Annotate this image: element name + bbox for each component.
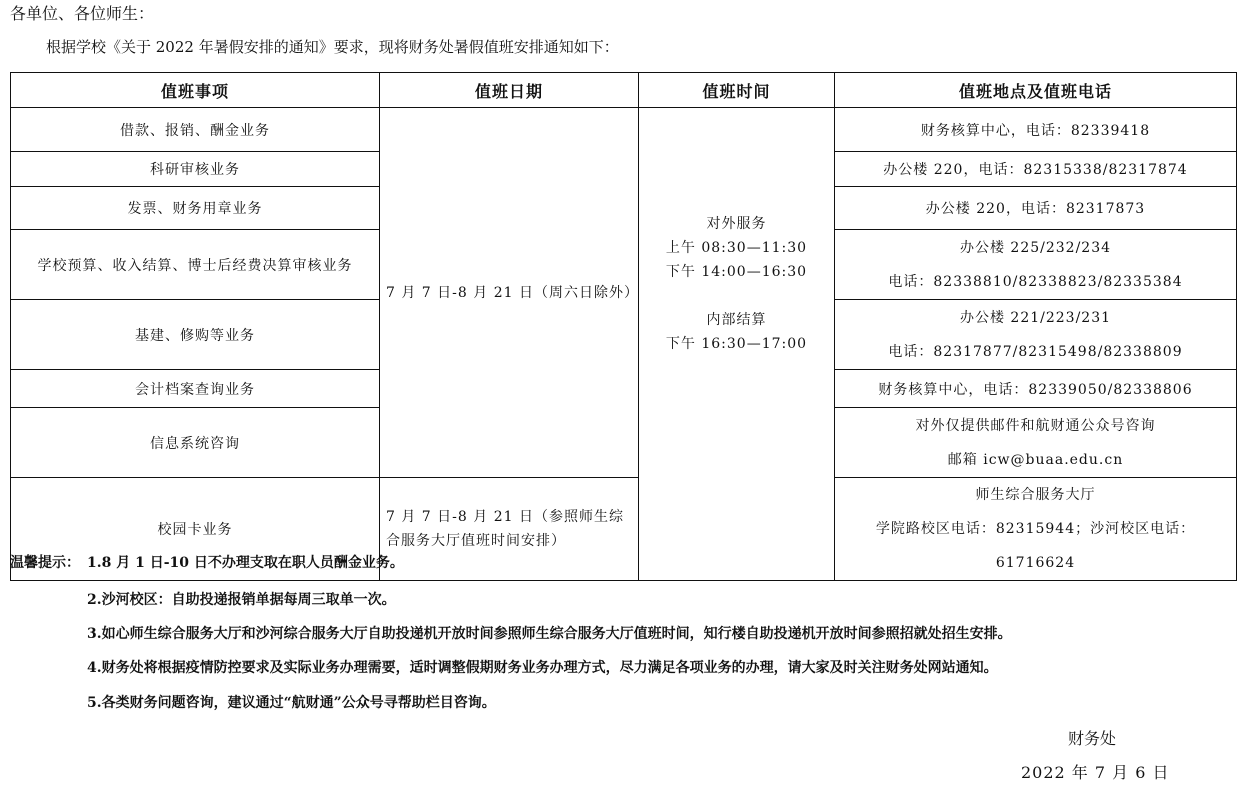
- duty-location: 办公楼 220，电话：82315338/82317874: [835, 152, 1237, 187]
- duty-item: 会计档案查询业务: [11, 370, 380, 408]
- duty-item: 学校预算、收入结算、博士后经费决算审核业务: [11, 230, 380, 300]
- duty-time: 对外服务 上午 08:30—11:30 下午 14:00—16:30 内部结算 …: [639, 108, 835, 581]
- tips-label: 温馨提示：: [10, 553, 80, 573]
- table-row: 借款、报销、酬金业务 7 月 7 日-8 月 21 日（周六日除外） 对外服务 …: [11, 108, 1237, 152]
- intro-paragraph: 根据学校《关于 2022 年暑假安排的通知》要求，现将财务处暑假值班安排通知如下…: [46, 37, 619, 57]
- duty-location: 师生综合服务大厅 学院路校区电话：82315944；沙河校区电话：6171662…: [835, 478, 1237, 581]
- phone-line: 学院路校区电话：82315944；沙河校区电话：61716624: [841, 512, 1230, 580]
- duty-schedule-table: 值班事项 值班日期 值班时间 值班地点及值班电话 借款、报销、酬金业务 7 月 …: [10, 72, 1237, 581]
- tip-item-1: 1.8 月 1 日-10 日不办理支取在职人员酬金业务。: [87, 553, 404, 573]
- duty-item: 基建、修购等业务: [11, 300, 380, 370]
- location-line: 办公楼 225/232/234: [841, 231, 1230, 265]
- internal-hours: 下午 16:30—17:00: [645, 332, 828, 356]
- duty-location: 财务核算中心，电话：82339050/82338806: [835, 370, 1237, 408]
- duty-date-card: 7 月 7 日-8 月 21 日（参照师生综合服务大厅值班时间安排）: [380, 478, 639, 581]
- header-date: 值班日期: [380, 73, 639, 108]
- phone-line: 电话：82338810/82338823/82335384: [841, 265, 1230, 299]
- tip-item-4: 4.财务处将根据疫情防控要求及实际业务办理需要，适时调整假期财务业务办理方式，尽…: [87, 658, 998, 678]
- signature-date: 2022 年 7 月 6 日: [1021, 763, 1170, 783]
- external-service-label: 对外服务: [645, 212, 828, 236]
- header-item: 值班事项: [11, 73, 380, 108]
- email-line: 邮箱 icw@buaa.edu.cn: [841, 443, 1230, 477]
- location-line: 对外仅提供邮件和航财通公众号咨询: [841, 409, 1230, 443]
- header-time: 值班时间: [639, 73, 835, 108]
- signature-org: 财务处: [1068, 729, 1116, 749]
- duty-location: 办公楼 220，电话：82317873: [835, 187, 1237, 230]
- tip-item-5: 5.各类财务问题咨询，建议通过“航财通”公众号寻帮助栏目咨询。: [87, 693, 496, 713]
- location-line: 办公楼 221/223/231: [841, 301, 1230, 335]
- salutation: 各单位、各位师生：: [10, 4, 154, 24]
- duty-date-main: 7 月 7 日-8 月 21 日（周六日除外）: [380, 108, 639, 478]
- morning-hours: 上午 08:30—11:30: [645, 236, 828, 260]
- table-header-row: 值班事项 值班日期 值班时间 值班地点及值班电话: [11, 73, 1237, 108]
- duty-location: 财务核算中心，电话：82339418: [835, 108, 1237, 152]
- duty-item: 发票、财务用章业务: [11, 187, 380, 230]
- header-location: 值班地点及值班电话: [835, 73, 1237, 108]
- afternoon-hours: 下午 14:00—16:30: [645, 260, 828, 284]
- duty-item: 借款、报销、酬金业务: [11, 108, 380, 152]
- duty-location: 对外仅提供邮件和航财通公众号咨询 邮箱 icw@buaa.edu.cn: [835, 408, 1237, 478]
- duty-item: 信息系统咨询: [11, 408, 380, 478]
- duty-item: 科研审核业务: [11, 152, 380, 187]
- internal-settlement-label: 内部结算: [645, 308, 828, 332]
- phone-line: 电话：82317877/82315498/82338809: [841, 335, 1230, 369]
- location-line: 师生综合服务大厅: [841, 478, 1230, 512]
- tip-item-2: 2.沙河校区：自助投递报销单据每周三取单一次。: [87, 590, 396, 610]
- tip-item-3: 3.如心师生综合服务大厅和沙河综合服务大厅自助投递机开放时间参照师生综合服务大厅…: [87, 624, 1012, 644]
- duty-location: 办公楼 225/232/234 电话：82338810/82338823/823…: [835, 230, 1237, 300]
- duty-location: 办公楼 221/223/231 电话：82317877/82315498/823…: [835, 300, 1237, 370]
